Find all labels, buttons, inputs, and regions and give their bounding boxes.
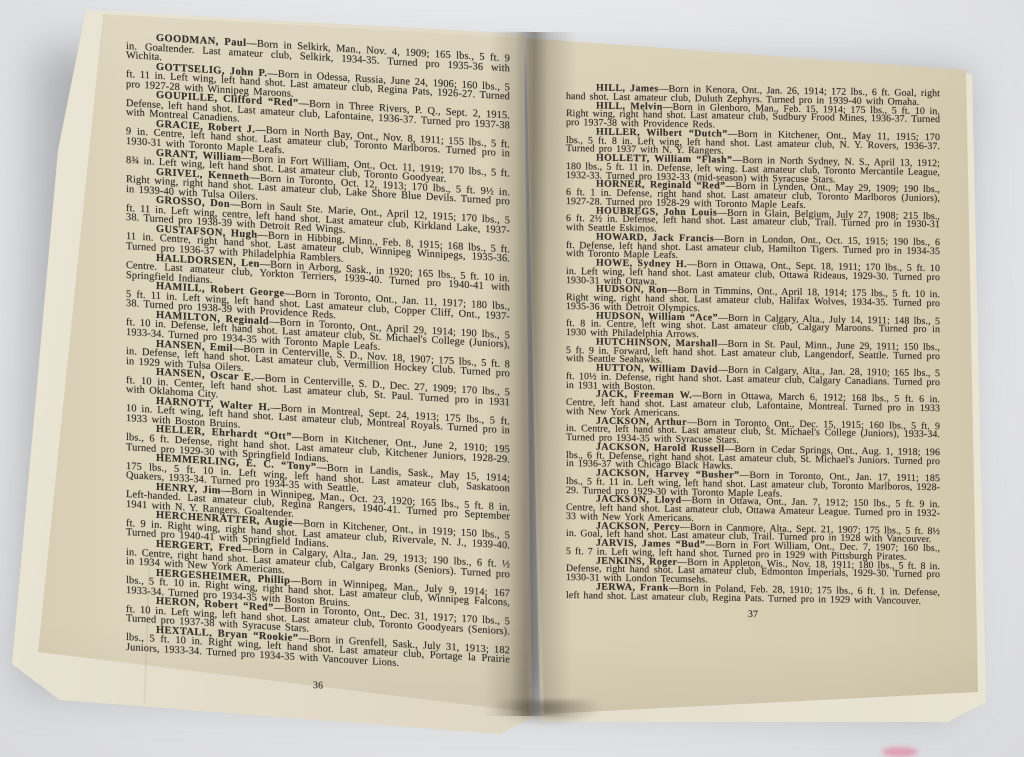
left-page-text: GOODMAN, Paul—Born in Selkirk, Man., Nov… [126, 32, 510, 702]
right-page-text: HILL, James—Born in Kenora, Ont., Jan. 2… [566, 84, 940, 623]
pink-blur-mark [882, 747, 918, 757]
open-book-photo: GOODMAN, Paul—Born in Selkirk, Man., Nov… [0, 0, 1024, 757]
right-page-entries: HILL, James—Born in Kenora, Ont., Jan. 2… [566, 84, 940, 606]
spine-bottom-shadow [492, 700, 602, 726]
left-page-entries: GOODMAN, Paul—Born in Selkirk, Man., Nov… [126, 32, 510, 675]
player-entry: JERWA, Frank—Born in Poland, Feb. 28, 19… [566, 583, 940, 607]
